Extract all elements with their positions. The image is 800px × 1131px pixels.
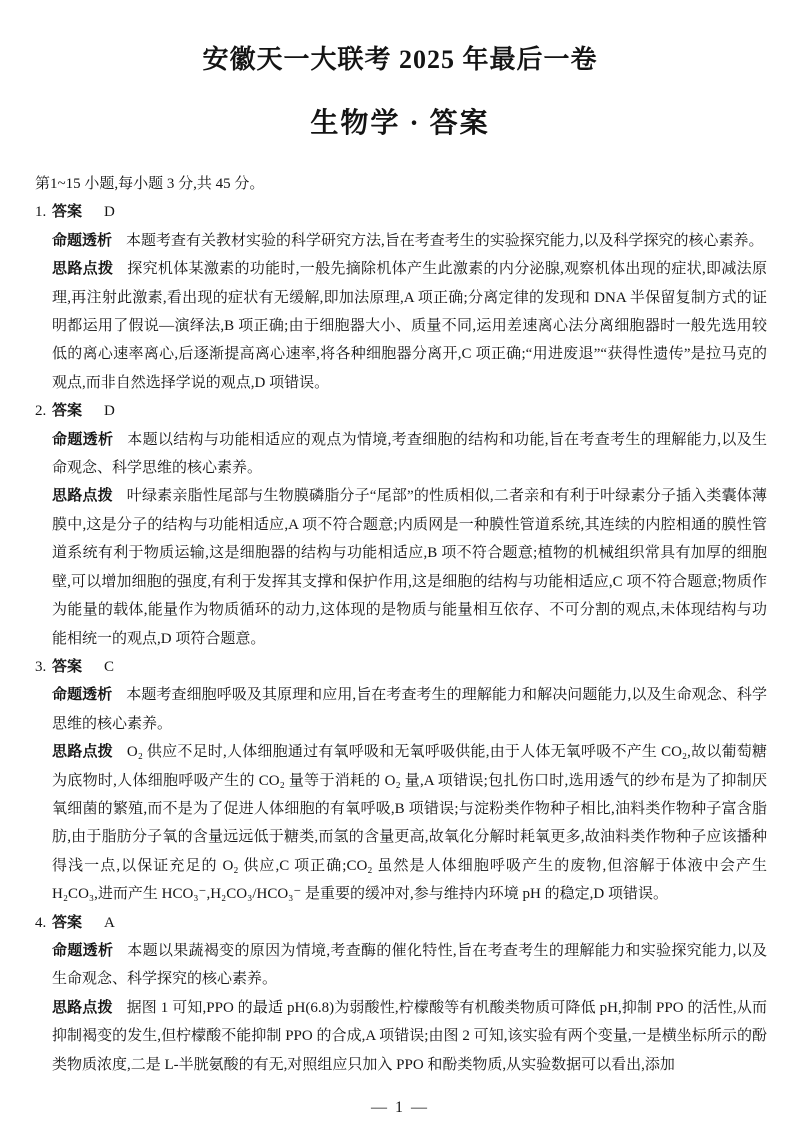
analysis-paragraph: 命题透析本题考查细胞呼吸及其原理和应用,旨在考查考生的理解能力和解决问题能力,以… (52, 681, 767, 738)
section-intro: 第1~15 小题,每小题 3 分,共 45 分。 (35, 170, 767, 198)
document-title: 安徽天一大联考 2025 年最后一卷 (0, 0, 800, 76)
analysis-paragraph: 命题透析本题考查有关教材实验的科学研究方法,旨在考查考生的实验探究能力,以及科学… (52, 227, 767, 255)
hint-text: 据图 1 可知,PPO 的最适 pH(6.8)为弱酸性,柠檬酸等有机酸类物质可降… (52, 1000, 767, 1073)
answer-line: 1.答案D (35, 198, 767, 226)
hint-label: 思路点拨 (52, 487, 113, 504)
hint-paragraph: 思路点拨O₂ 供应不足时,人体细胞通过有氧呼吸和无氧呼吸供能,由于人体无氧呼吸不… (52, 738, 767, 908)
analysis-paragraph: 命题透析本题以果蔬褐变的原因为情境,考查酶的催化特性,旨在考查考生的理解能力和实… (52, 937, 767, 994)
hint-text: 叶绿素亲脂性尾部与生物膜磷脂分子“尾部”的性质相似,二者亲和有利于叶绿素分子插入… (52, 488, 767, 646)
analysis-label: 命题透析 (52, 232, 112, 249)
answer-label: 答案 (52, 203, 82, 220)
answer-line: 3.答案C (35, 653, 767, 681)
answer-value: D (104, 204, 115, 220)
analysis-text: 本题考查有关教材实验的科学研究方法,旨在考查考生的实验探究能力,以及科学探究的核… (126, 233, 764, 249)
answer-label: 答案 (52, 658, 82, 675)
hint-label: 思路点拨 (52, 999, 113, 1016)
analysis-label: 命题透析 (52, 942, 113, 959)
analysis-label: 命题透析 (52, 686, 112, 703)
answer-label: 答案 (52, 914, 82, 931)
answer-line: 4.答案A (35, 909, 767, 937)
item-number: 1. (35, 198, 52, 226)
answer-value: A (104, 915, 115, 931)
hint-paragraph: 思路点拨探究机体某激素的功能时,一般先摘除机体产生此激素的内分泌腺,观察机体出现… (52, 255, 767, 397)
answer-item-3: 3.答案C 命题透析本题考查细胞呼吸及其原理和应用,旨在考查考生的理解能力和解决… (35, 653, 767, 909)
analysis-paragraph: 命题透析本题以结构与功能相适应的观点为情境,考查细胞的结构和功能,旨在考查考生的… (52, 426, 767, 483)
item-number: 3. (35, 653, 52, 681)
answer-item-1: 1.答案D 命题透析本题考查有关教材实验的科学研究方法,旨在考查考生的实验探究能… (35, 198, 767, 397)
answer-value: C (104, 659, 114, 675)
answer-label: 答案 (52, 402, 82, 419)
item-number: 4. (35, 909, 52, 937)
answer-value: D (104, 403, 115, 419)
answer-line: 2.答案D (35, 397, 767, 425)
hint-paragraph: 思路点拨据图 1 可知,PPO 的最适 pH(6.8)为弱酸性,柠檬酸等有机酸类… (52, 994, 767, 1079)
analysis-text: 本题以果蔬褐变的原因为情境,考查酶的催化特性,旨在考查考生的理解能力和实验探究能… (52, 943, 767, 987)
item-number: 2. (35, 397, 52, 425)
page-number: — 1 — (0, 1099, 800, 1117)
hint-label: 思路点拨 (52, 260, 113, 277)
analysis-label: 命题透析 (52, 431, 113, 448)
analysis-text: 本题考查细胞呼吸及其原理和应用,旨在考查考生的理解能力和解决问题能力,以及生命观… (52, 687, 767, 731)
hint-text: O₂ 供应不足时,人体细胞通过有氧呼吸和无氧呼吸供能,由于人体无氧呼吸不产生 C… (52, 744, 767, 902)
hint-label: 思路点拨 (52, 743, 113, 760)
answer-item-2: 2.答案D 命题透析本题以结构与功能相适应的观点为情境,考查细胞的结构和功能,旨… (35, 397, 767, 653)
hint-paragraph: 思路点拨叶绿素亲脂性尾部与生物膜磷脂分子“尾部”的性质相似,二者亲和有利于叶绿素… (52, 482, 767, 652)
document-subtitle: 生物学 · 答案 (0, 107, 800, 141)
analysis-text: 本题以结构与功能相适应的观点为情境,考查细胞的结构和功能,旨在考查考生的理解能力… (52, 432, 767, 476)
document-body: 第1~15 小题,每小题 3 分,共 45 分。 1.答案D 命题透析本题考查有… (0, 141, 800, 1079)
document-page: 安徽天一大联考 2025 年最后一卷 生物学 · 答案 第1~15 小题,每小题… (0, 0, 800, 1131)
answer-item-4: 4.答案A 命题透析本题以果蔬褐变的原因为情境,考查酶的催化特性,旨在考查考生的… (35, 909, 767, 1079)
hint-text: 探究机体某激素的功能时,一般先摘除机体产生此激素的内分泌腺,观察机体出现的症状,… (52, 261, 767, 391)
